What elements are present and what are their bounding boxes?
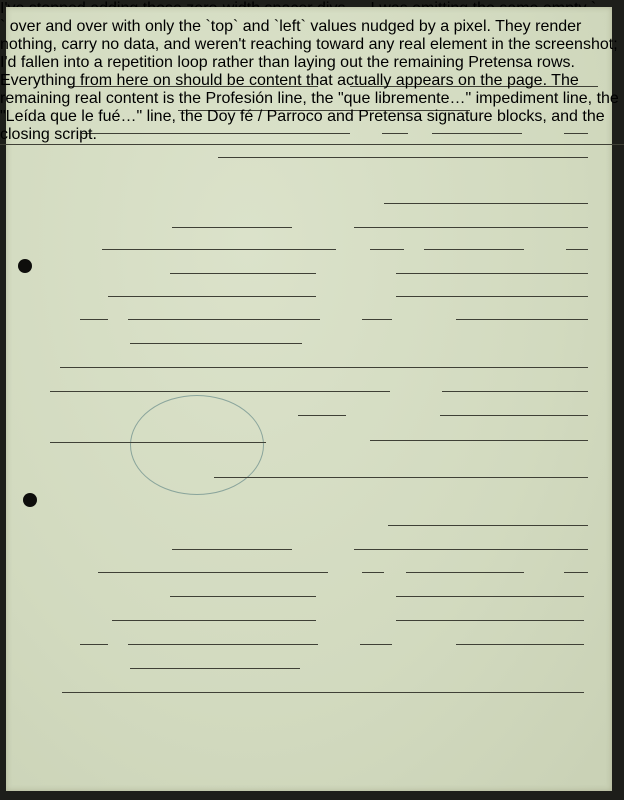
diocesis-field — [456, 319, 588, 320]
feligresa-field — [112, 620, 316, 621]
birth-day-field — [370, 249, 404, 250]
birthplace-field — [102, 249, 336, 250]
birthplace-field — [98, 572, 328, 573]
blank-line — [172, 227, 292, 228]
father-field — [388, 525, 588, 526]
impediment-neg-field — [298, 415, 346, 416]
punch-hole — [23, 493, 37, 507]
baptism-place-field — [396, 620, 584, 621]
lived-in-field — [60, 367, 588, 368]
bapt-day-field — [80, 319, 108, 320]
blank-line — [50, 391, 390, 392]
bapt-year-field — [362, 319, 392, 320]
bride-field — [214, 477, 588, 478]
profession-field — [442, 391, 588, 392]
bapt-day-field — [80, 644, 108, 645]
blank-line — [172, 549, 292, 550]
mother-field — [354, 227, 588, 228]
lived-in-field — [62, 692, 584, 693]
bapt-year-field — [360, 644, 392, 645]
feligres-field — [108, 296, 316, 297]
confirm-place-field — [130, 668, 300, 669]
punch-hole — [18, 259, 32, 273]
impediment-field — [440, 415, 588, 416]
father-field — [384, 203, 588, 204]
civil-status-field — [170, 596, 316, 597]
birth-year-field — [566, 249, 588, 250]
birth-month-field — [406, 572, 524, 573]
groom-field — [218, 157, 588, 158]
diocesis-field — [456, 644, 584, 645]
pretendiente-signature-line — [370, 440, 588, 441]
baptism-place-field — [396, 296, 588, 297]
birth-year-field — [564, 572, 588, 573]
confirm-place-field — [130, 343, 302, 344]
parish-stamp — [130, 395, 264, 495]
domicile-field — [396, 596, 584, 597]
civil-status-field — [170, 273, 316, 274]
birth-month-field — [424, 249, 524, 250]
bapt-month-field — [128, 644, 318, 645]
mother-field — [354, 549, 588, 550]
domicile-field — [396, 273, 588, 274]
parroco-signature-line — [50, 442, 266, 443]
bapt-month-field — [128, 319, 320, 320]
birth-day-field — [362, 572, 384, 573]
